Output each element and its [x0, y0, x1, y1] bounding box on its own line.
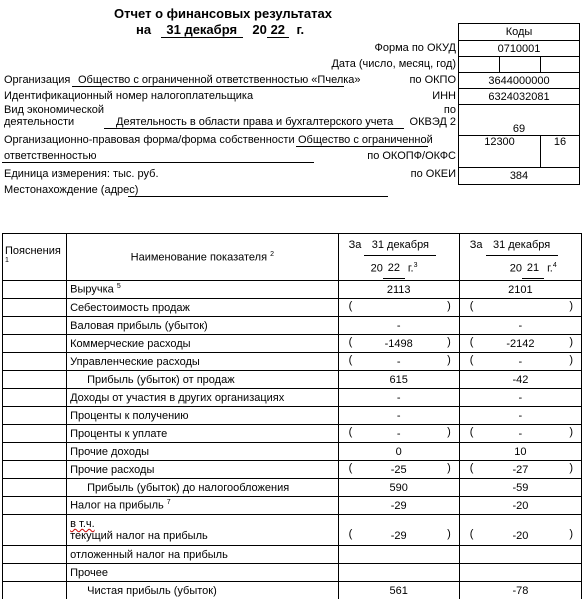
- date-month-cell[interactable]: [500, 57, 541, 73]
- row-value-current[interactable]: (): [338, 299, 459, 317]
- table-header-row: Пояснения 1 Наименование показателя 2 За…: [3, 234, 582, 281]
- value-current: -1498: [385, 338, 413, 350]
- table-row: Проценты к получению--: [3, 407, 582, 425]
- table-row: Проценты к уплате(-)(-): [3, 425, 582, 443]
- row-name: текущий налог на прибыль: [70, 530, 334, 542]
- row-value-previous[interactable]: -59: [459, 479, 581, 497]
- value-previous: -: [519, 428, 523, 440]
- value-current: 0: [396, 446, 402, 458]
- date-label: Дата (число, месяц, год): [331, 58, 456, 70]
- period1-sup: 3: [414, 262, 418, 269]
- row-value-current[interactable]: [338, 546, 459, 564]
- row-name-cell: Прибыль (убыток) до налогообложения: [67, 479, 338, 497]
- row-name-cell: Проценты к получению: [67, 407, 338, 425]
- table-row: Прибыль (убыток) от продаж615-42: [3, 371, 582, 389]
- org-underline: [72, 86, 344, 87]
- value-previous: -59: [512, 482, 528, 494]
- okopf-label: по ОКОПФ/ОКФС: [367, 150, 456, 162]
- value-current: -: [397, 392, 401, 404]
- row-notes-cell: [3, 389, 67, 407]
- row-notes-cell: [3, 564, 67, 582]
- row-value-current[interactable]: 590: [338, 479, 459, 497]
- row-name: Валовая прибыль (убыток): [70, 320, 208, 332]
- period2-date[interactable]: 31 декабря: [486, 235, 558, 256]
- row-notes-cell: [3, 407, 67, 425]
- row-notes-cell: [3, 497, 67, 515]
- row-value-previous[interactable]: -: [459, 389, 581, 407]
- value-previous: -: [519, 410, 523, 422]
- value-previous: -20: [512, 530, 528, 542]
- row-name: Проценты к получению: [70, 410, 188, 422]
- table-row: Коммерческие расходы(-1498)(-2142): [3, 335, 582, 353]
- value-current: 615: [390, 374, 408, 386]
- value-current: -: [397, 356, 401, 368]
- row-value-previous[interactable]: (-20): [459, 515, 581, 546]
- row-name: Прибыль (убыток) до налогообложения: [87, 482, 289, 494]
- value-current: 561: [390, 585, 408, 597]
- row-value-previous[interactable]: -42: [459, 371, 581, 389]
- period2-header: За 31 декабря 2021 г.4: [459, 234, 581, 281]
- value-previous: -2142: [506, 338, 534, 350]
- notes-header: Пояснения 1: [3, 234, 67, 281]
- period1-prefix: За: [349, 239, 362, 251]
- table-row: Прочее: [3, 564, 582, 582]
- row-name-cell: Выручка 5: [67, 281, 338, 299]
- row-value-current[interactable]: -: [338, 407, 459, 425]
- row-value-previous[interactable]: -: [459, 407, 581, 425]
- row-value-current[interactable]: -: [338, 389, 459, 407]
- row-value-current[interactable]: -29: [338, 497, 459, 515]
- paren-close: ): [569, 462, 573, 474]
- row-name-cell: Налог на прибыль 7: [67, 497, 338, 515]
- row-value-previous[interactable]: -78: [459, 582, 581, 599]
- row-name: Коммерческие расходы: [70, 338, 190, 350]
- paren-open: (: [470, 528, 474, 540]
- report-year[interactable]: 22: [267, 22, 289, 38]
- row-value-previous[interactable]: 2101: [459, 281, 581, 299]
- table-row: Прочие расходы(-25)(-27): [3, 461, 582, 479]
- paren-close: ): [569, 528, 573, 540]
- value-current: -: [397, 320, 401, 332]
- address-label: Местонахождение (адрес): [4, 184, 138, 196]
- row-notes-cell: [3, 299, 67, 317]
- inn-value[interactable]: 6324032081: [459, 89, 580, 105]
- table-row: Валовая прибыль (убыток)--: [3, 317, 582, 335]
- value-current: -25: [391, 464, 407, 476]
- paren-open: (: [349, 336, 353, 348]
- row-value-previous[interactable]: (-2142): [459, 335, 581, 353]
- okfs-value[interactable]: 16: [541, 136, 580, 168]
- row-notes-cell: [3, 317, 67, 335]
- activity-underline: [104, 128, 404, 129]
- okved-label-2: ОКВЭД 2: [410, 116, 456, 128]
- row-notes-cell: [3, 443, 67, 461]
- table-row: Доходы от участия в других организациях-…: [3, 389, 582, 407]
- row-name: Прочие доходы: [70, 446, 149, 458]
- activity-label-2: деятельности: [4, 116, 74, 128]
- name-header-text: Наименование показателя: [131, 251, 267, 263]
- row-name: Себестоимость продаж: [70, 302, 190, 314]
- codes-title: Коды: [459, 24, 580, 41]
- row-value-current[interactable]: 561: [338, 582, 459, 599]
- form-label: Организационно-правовая форма/форма собс…: [4, 134, 295, 146]
- okei-label: по ОКЕИ: [411, 168, 456, 180]
- value-previous: 2101: [508, 284, 532, 296]
- form-value-2[interactable]: ответственностью: [4, 150, 96, 162]
- value-current: -: [397, 428, 401, 440]
- row-name: Прочие расходы: [70, 464, 154, 476]
- paren-close: ): [569, 354, 573, 366]
- paren-close: ): [447, 300, 451, 312]
- form-underline-2: [2, 162, 314, 163]
- row-value-current[interactable]: [338, 564, 459, 582]
- row-name-cell: Прочие расходы: [67, 461, 338, 479]
- value-previous: -20: [512, 500, 528, 512]
- year-unit: г.: [296, 22, 304, 37]
- paren-open: (: [349, 426, 353, 438]
- paren-close: ): [447, 426, 451, 438]
- paren-open: (: [470, 462, 474, 474]
- form-value-1[interactable]: Общество с ограниченной: [298, 134, 433, 146]
- paren-close: ): [447, 336, 451, 348]
- row-value-current[interactable]: 615: [338, 371, 459, 389]
- value-current: -: [397, 410, 401, 422]
- table-row: Управленческие расходы(-)(-): [3, 353, 582, 371]
- row-name-cell: Прибыль (убыток) от продаж: [67, 371, 338, 389]
- period1-year[interactable]: 22: [383, 258, 405, 279]
- row-name-cell: Коммерческие расходы: [67, 335, 338, 353]
- table-row: Себестоимость продаж()(): [3, 299, 582, 317]
- row-name-cell: Прочие доходы: [67, 443, 338, 461]
- paren-open: (: [470, 426, 474, 438]
- unit-label: Единица измерения: тыс. руб.: [4, 168, 159, 180]
- notes-header-text: Пояснения: [5, 245, 61, 257]
- row-notes-cell: [3, 335, 67, 353]
- financial-results-table: Пояснения 1 Наименование показателя 2 За…: [2, 233, 582, 599]
- date-day-cell[interactable]: [459, 57, 500, 73]
- row-name-cell: Чистая прибыль (убыток): [67, 582, 338, 599]
- paren-close: ): [447, 528, 451, 540]
- period1-year-prefix: 20: [371, 262, 383, 274]
- okud-label: Форма по ОКУД: [375, 42, 457, 54]
- row-value-previous[interactable]: (-27): [459, 461, 581, 479]
- inn-label: Идентификационный номер налогоплательщик…: [4, 90, 253, 102]
- okpo-label: по ОКПО: [409, 74, 456, 86]
- row-value-previous[interactable]: (-): [459, 425, 581, 443]
- row-name: Выручка: [70, 284, 114, 296]
- row-name-cell: Проценты к уплате: [67, 425, 338, 443]
- period1-date[interactable]: 31 декабря: [364, 235, 436, 256]
- row-notes-cell: [3, 425, 67, 443]
- okopf-value[interactable]: 12300: [459, 136, 541, 168]
- row-name-cell: Валовая прибыль (убыток): [67, 317, 338, 335]
- row-name-prefix: в т.ч.: [70, 518, 334, 530]
- period1-header: За 31 декабря 2022 г.3: [338, 234, 459, 281]
- row-name: Прибыль (убыток) от продаж: [87, 374, 234, 386]
- paren-open: (: [349, 354, 353, 366]
- name-header: Наименование показателя 2: [67, 234, 338, 281]
- row-notes-cell: [3, 353, 67, 371]
- row-value-current[interactable]: (-29): [338, 515, 459, 546]
- table-row: Выручка 521132101: [3, 281, 582, 299]
- paren-close: ): [569, 426, 573, 438]
- row-name-cell: Прочее: [67, 564, 338, 582]
- table-row: Прибыль (убыток) до налогообложения590-5…: [3, 479, 582, 497]
- on-label: на: [136, 22, 151, 37]
- row-value-current[interactable]: 0: [338, 443, 459, 461]
- okpo-value[interactable]: 3644000000: [459, 73, 580, 89]
- row-name: Налог на прибыль: [70, 500, 164, 512]
- row-sup: 7: [167, 499, 171, 506]
- row-name-cell: отложенный налог на прибыль: [67, 546, 338, 564]
- row-value-previous[interactable]: [459, 564, 581, 582]
- paren-open: (: [349, 528, 353, 540]
- row-value-previous[interactable]: 10: [459, 443, 581, 461]
- value-previous: -: [519, 392, 523, 404]
- period2-prefix: За: [470, 239, 483, 251]
- activity-value[interactable]: Деятельность в области права и бухгалтер…: [116, 116, 393, 128]
- row-notes-cell: [3, 461, 67, 479]
- row-value-previous[interactable]: -20: [459, 497, 581, 515]
- table-row: отложенный налог на прибыль: [3, 546, 582, 564]
- row-value-current[interactable]: 2113: [338, 281, 459, 299]
- paren-close: ): [447, 354, 451, 366]
- row-value-current[interactable]: (-): [338, 353, 459, 371]
- row-name: Прочее: [70, 567, 108, 579]
- okei-value[interactable]: 384: [459, 168, 580, 185]
- row-value-previous[interactable]: (-): [459, 353, 581, 371]
- paren-open: (: [470, 300, 474, 312]
- paren-open: (: [349, 300, 353, 312]
- period2-sup: 4: [553, 262, 557, 269]
- report-date[interactable]: 31 декабря: [161, 22, 243, 38]
- table-row: Чистая прибыль (убыток)561-78: [3, 582, 582, 599]
- row-value-current[interactable]: (-1498): [338, 335, 459, 353]
- okved-value[interactable]: 69: [459, 105, 580, 136]
- paren-close: ): [447, 462, 451, 474]
- org-name[interactable]: Общество с ограниченной ответственностью…: [78, 74, 361, 86]
- row-notes-cell: [3, 515, 67, 546]
- name-header-sup: 2: [270, 251, 274, 258]
- address-field[interactable]: [128, 196, 388, 197]
- row-value-current[interactable]: (-25): [338, 461, 459, 479]
- period2-year[interactable]: 21: [522, 258, 544, 279]
- row-notes-cell: [3, 281, 67, 299]
- row-notes-cell: [3, 371, 67, 389]
- row-name: Управленческие расходы: [70, 356, 200, 368]
- value-current: -29: [391, 500, 407, 512]
- row-name-cell: Себестоимость продаж: [67, 299, 338, 317]
- value-current: -29: [391, 530, 407, 542]
- org-label: Организация: [4, 74, 70, 86]
- codes-table: Коды 0710001 3644000000 6324032081 69 12…: [458, 23, 580, 185]
- row-notes-cell: [3, 479, 67, 497]
- table-row: в т.ч.текущий налог на прибыль(-29)(-20): [3, 515, 582, 546]
- table-row: Прочие доходы010: [3, 443, 582, 461]
- okved-label-1: по: [444, 104, 456, 116]
- date-year-cell[interactable]: [541, 57, 580, 73]
- activity-label-1: Вид экономической: [4, 104, 104, 116]
- report-date-line: на 31 декабря 2022 г.: [136, 22, 304, 38]
- table-row: Налог на прибыль 7-29-20: [3, 497, 582, 515]
- row-name: Чистая прибыль (убыток): [87, 585, 217, 597]
- row-name: отложенный налог на прибыль: [70, 549, 228, 561]
- value-current: 590: [390, 482, 408, 494]
- row-name-cell: Доходы от участия в других организациях: [67, 389, 338, 407]
- value-previous: -: [519, 320, 523, 332]
- value-previous: 10: [514, 446, 526, 458]
- value-previous: -78: [512, 585, 528, 597]
- row-name-cell: в т.ч.текущий налог на прибыль: [67, 515, 338, 546]
- report-title: Отчет о финансовых результатах: [114, 6, 332, 21]
- row-sup: 5: [117, 283, 121, 290]
- paren-open: (: [349, 462, 353, 474]
- paren-open: (: [470, 354, 474, 366]
- inn-code-label: ИНН: [432, 90, 456, 102]
- okud-value[interactable]: 0710001: [459, 41, 580, 57]
- paren-close: ): [569, 336, 573, 348]
- value-previous: -27: [512, 464, 528, 476]
- row-value-previous[interactable]: [459, 546, 581, 564]
- year-prefix: 20: [252, 22, 266, 37]
- period2-year-prefix: 20: [510, 262, 522, 274]
- row-notes-cell: [3, 582, 67, 599]
- row-value-previous[interactable]: -: [459, 317, 581, 335]
- paren-open: (: [470, 336, 474, 348]
- notes-header-sup: 1: [5, 257, 9, 264]
- row-value-current[interactable]: (-): [338, 425, 459, 443]
- value-previous: -42: [512, 374, 528, 386]
- row-name-cell: Управленческие расходы: [67, 353, 338, 371]
- value-previous: -: [519, 356, 523, 368]
- paren-close: ): [569, 300, 573, 312]
- row-name: Проценты к уплате: [70, 428, 167, 440]
- form-underline-1: [296, 146, 428, 147]
- row-value-previous[interactable]: (): [459, 299, 581, 317]
- value-current: 2113: [387, 284, 411, 296]
- row-notes-cell: [3, 546, 67, 564]
- row-name: Доходы от участия в других организациях: [70, 392, 284, 404]
- row-value-current[interactable]: -: [338, 317, 459, 335]
